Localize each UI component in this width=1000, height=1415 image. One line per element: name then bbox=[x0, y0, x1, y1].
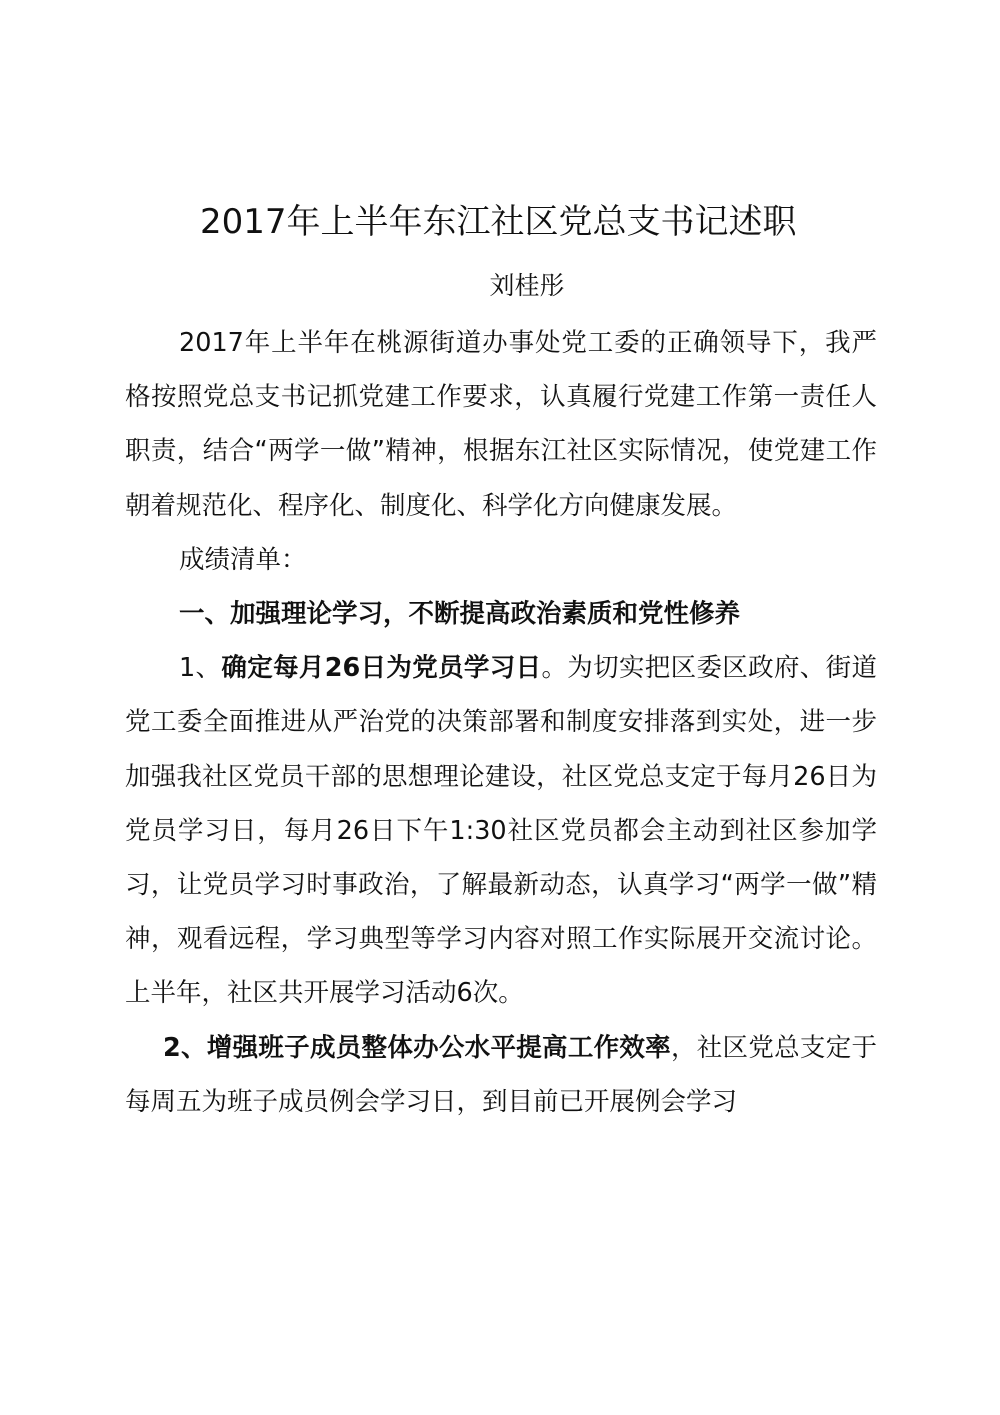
item-1-body: 为切实把区委区政府、街道党工委全面推进从严治党的决策部署和制度安排落到实处，进一… bbox=[125, 653, 877, 1008]
section-heading-1: 一、加强理论学习，不断提高政治素质和党性修养 bbox=[125, 587, 877, 641]
item-paragraph-2: 2、增强班子成员整体办公水平提高工作效率，社区党总支定于每周五为班子成员例会学习… bbox=[125, 1021, 877, 1129]
intro-paragraph: 2017年上半年在桃源街道办事处党工委的正确领导下，我严格按照党总支书记抓党建工… bbox=[125, 316, 877, 533]
item-paragraph-1: 1、确定每月26日为党员学习日。为切实把区委区政府、街道党工委全面推进从严治党的… bbox=[125, 641, 877, 1020]
achievements-label: 成绩清单： bbox=[125, 533, 877, 587]
document-title: 2017年上半年东江社区党总支书记述职 bbox=[200, 196, 880, 248]
item-2-title: 2、增强班子成员整体办公水平提高工作效率 bbox=[163, 1033, 671, 1063]
document-author: 刘桂彤 bbox=[125, 266, 877, 306]
item-1-title: 确定每月26日为党员学习日 bbox=[221, 653, 541, 683]
document-body: 2017年上半年在桃源街道办事处党工委的正确领导下，我严格按照党总支书记抓党建工… bbox=[125, 316, 877, 1129]
item-1-number: 1、 bbox=[179, 653, 221, 683]
item-1-title-end: 。 bbox=[541, 653, 567, 683]
